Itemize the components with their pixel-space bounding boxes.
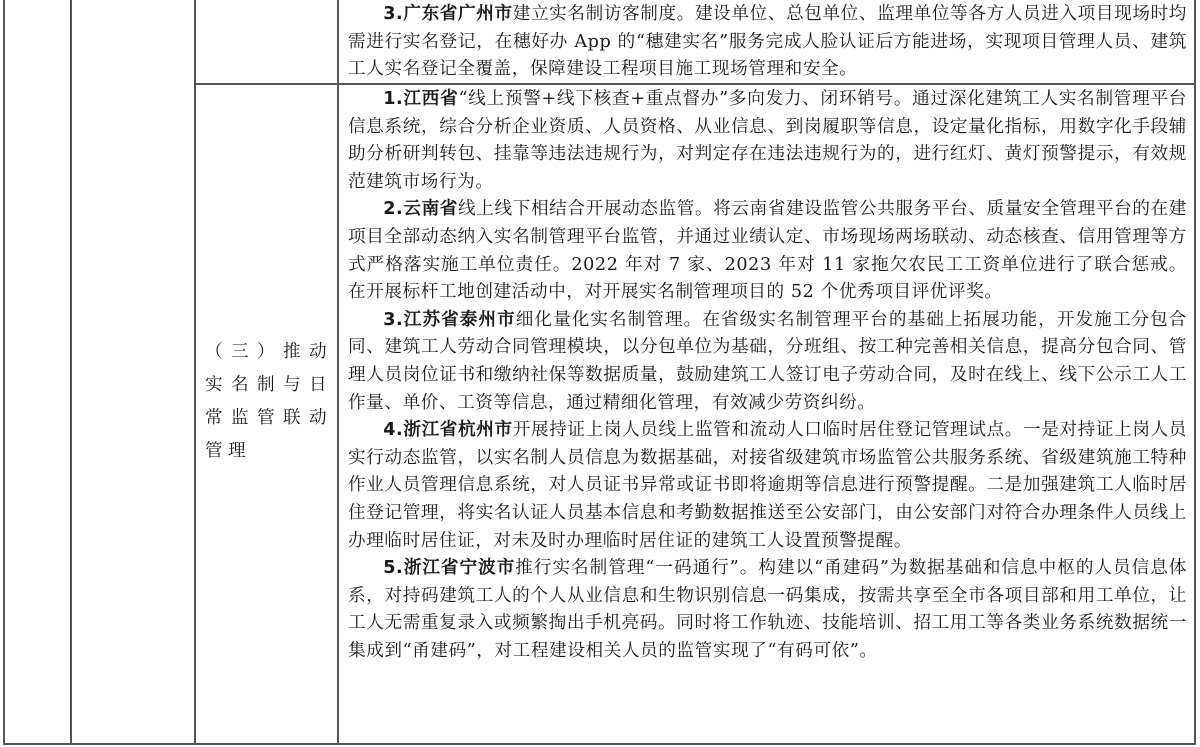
case-number: 4. [383,420,403,440]
case-place: 江苏省泰州市 [403,310,515,330]
table-border-bottom [3,743,1196,745]
case-paragraph: 5.浙江省宁波市推行实名制管理“一码通行”。构建以“甬建码”为数据基础和信息中枢… [348,555,1187,665]
document-page: 3.广东省广州市建立实名制访客制度。建设单位、总包单位、监理单位等各方人员进入项… [0,0,1200,747]
table-column-divider-2 [194,0,196,745]
category-label: （三）推动实名制与日常监管联动管理 [205,342,332,461]
case-number: 3. [383,4,403,24]
case-paragraph: 4.浙江省杭州市开展持证上岗人员线上监管和流动人口临时居住登记管理试点。一是对持… [348,417,1187,555]
case-place: 云南省 [403,199,458,219]
case-place: 江西省 [403,89,458,109]
case-place: 浙江省宁波市 [403,558,515,578]
top-row-content-cell: 3.广东省广州市建立实名制访客制度。建设单位、总包单位、监理单位等各方人员进入项… [340,0,1195,84]
case-paragraph: 3.广东省广州市建立实名制访客制度。建设单位、总包单位、监理单位等各方人员进入项… [348,1,1187,84]
main-row-content-cell: 1.江西省“线上预警+线下核查+重点督办”多向发力、闭环销号。通过深化建筑工人实… [340,86,1195,665]
table-border-left [3,0,5,745]
case-number: 3. [383,310,403,330]
case-place: 广东省广州市 [403,4,512,24]
case-text: 线上线下相结合开展动态监管。将云南省建设监管公共服务平台、质量安全管理平台的在建… [348,199,1187,302]
case-number: 1. [383,89,403,109]
case-place: 浙江省杭州市 [403,420,512,440]
case-paragraph: 3.江苏省泰州市细化量化实名制管理。在省级实名制管理平台的基础上拓展功能，开发施… [348,307,1187,417]
table-column-divider-1 [70,0,72,745]
case-number: 2. [383,199,403,219]
case-number: 5. [383,558,403,578]
case-text: “线上预警+线下核查+重点督办”多向发力、闭环销号。通过深化建筑工人实名制管理平… [348,89,1187,192]
case-paragraph: 1.江西省“线上预警+线下核查+重点督办”多向发力、闭环销号。通过深化建筑工人实… [348,86,1187,196]
case-paragraph: 2.云南省线上线下相结合开展动态监管。将云南省建设监管公共服务平台、质量安全管理… [348,196,1187,306]
category-label-cell: （三）推动实名制与日常监管联动管理 [197,336,338,468]
